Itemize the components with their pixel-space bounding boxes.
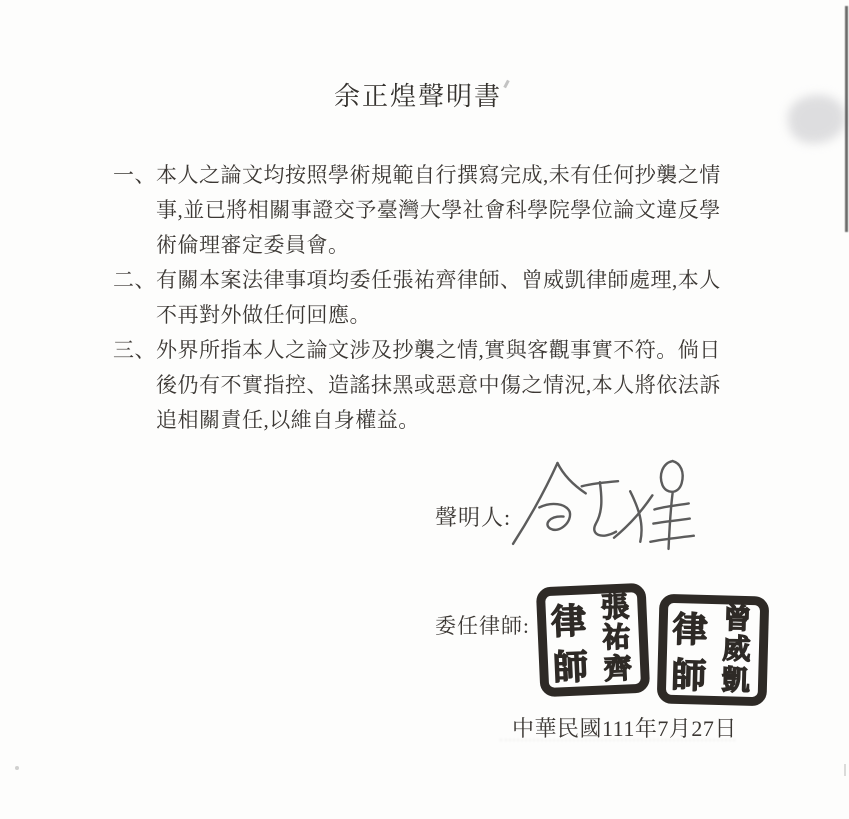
statement-item: 一、本人之論文均按照學術規範自行撰寫完成,未有任何抄襲之情 事,並已將相關事證交…: [113, 158, 773, 263]
attorney-label: 委任律師:: [435, 610, 530, 640]
seal-char: 曾: [723, 602, 752, 636]
signature-stroke: [557, 463, 585, 493]
statement-line: 事,並已將相關事證交予臺灣大學社會科學院學位論文違反學: [113, 193, 773, 228]
statement-body: 一、本人之論文均按照學術規範自行撰寫完成,未有任何抄襲之情 事,並已將相關事證交…: [113, 158, 773, 438]
seal-char: 律: [672, 610, 708, 650]
statement-line: 術倫理審定委員會。: [113, 228, 773, 263]
signature-stroke: [539, 504, 570, 530]
statement-line: 後仍有不實指控、造謠抹黑或惡意中傷之情況,本人將依法訴: [113, 368, 773, 403]
statement-text: 本人之論文均按照學術規範自行撰寫完成,未有任何抄襲之情: [156, 163, 721, 187]
item-marker: 一、: [113, 158, 156, 193]
seal-char: 師: [552, 647, 589, 687]
seal-char: 律: [550, 601, 587, 641]
statement-text: 外界所指本人之論文涉及抄襲之情,實與客觀事實不符。倘日: [156, 338, 721, 362]
page-title: 余正煌聲明書: [0, 76, 836, 113]
declaration-document: 余正煌聲明書 一、本人之論文均按照學術規範自行撰寫完成,未有任何抄襲之情 事,並…: [0, 0, 849, 819]
statement-item: 三、外界所指本人之論文涉及抄襲之情,實與客觀事實不符。倘日 後仍有不實指控、造謠…: [113, 333, 773, 438]
statement-line: 不再對外做任何回應。: [113, 298, 773, 333]
signature-stroke: [661, 461, 683, 492]
statement-text: 有關本案法律事項均委任張祐齊律師、曾威凱律師處理,本人: [156, 268, 721, 292]
statement-line: 追相關責任,以維自身權益。: [113, 403, 773, 438]
scan-noise: [500, 739, 735, 744]
seal-char: 凱: [721, 664, 750, 697]
item-marker: 三、: [113, 333, 156, 368]
scan-edge-line: [845, 6, 848, 232]
statement-item: 二、有關本案法律事項均委任張祐齊律師、曾威凱律師處理,本人 不再對外做任何回應。: [113, 263, 773, 333]
statement-line: 一、本人之論文均按照學術規範自行撰寫完成,未有任何抄襲之情: [113, 158, 773, 193]
seal-char: 師: [671, 656, 707, 696]
signature-stroke: [653, 519, 689, 524]
item-marker: 二、: [113, 263, 156, 298]
scan-speck: [15, 766, 19, 770]
declarant-label: 聲明人:: [435, 501, 511, 532]
seal-char: 張: [600, 591, 629, 624]
lawyer-seal-zeng-weikai: 曾 威 凱 律 師: [655, 588, 770, 713]
scan-edge-tick: [844, 764, 846, 776]
handwritten-signature: [505, 452, 717, 570]
statement-line: 二、有關本案法律事項均委任張祐齊律師、曾威凱律師處理,本人: [113, 263, 773, 298]
signature-stroke: [650, 536, 693, 542]
signature-stroke: [594, 482, 616, 535]
statement-line: 三、外界所指本人之論文涉及抄襲之情,實與客觀事實不符。倘日: [113, 333, 773, 368]
seal-char: 齊: [603, 653, 632, 686]
lawyer-seal-zhang-youqi: 張 祐 齊 律 師: [534, 578, 651, 703]
seal-char: 祐: [602, 620, 631, 654]
signature-stroke: [614, 495, 652, 537]
seal-char: 威: [722, 633, 751, 666]
